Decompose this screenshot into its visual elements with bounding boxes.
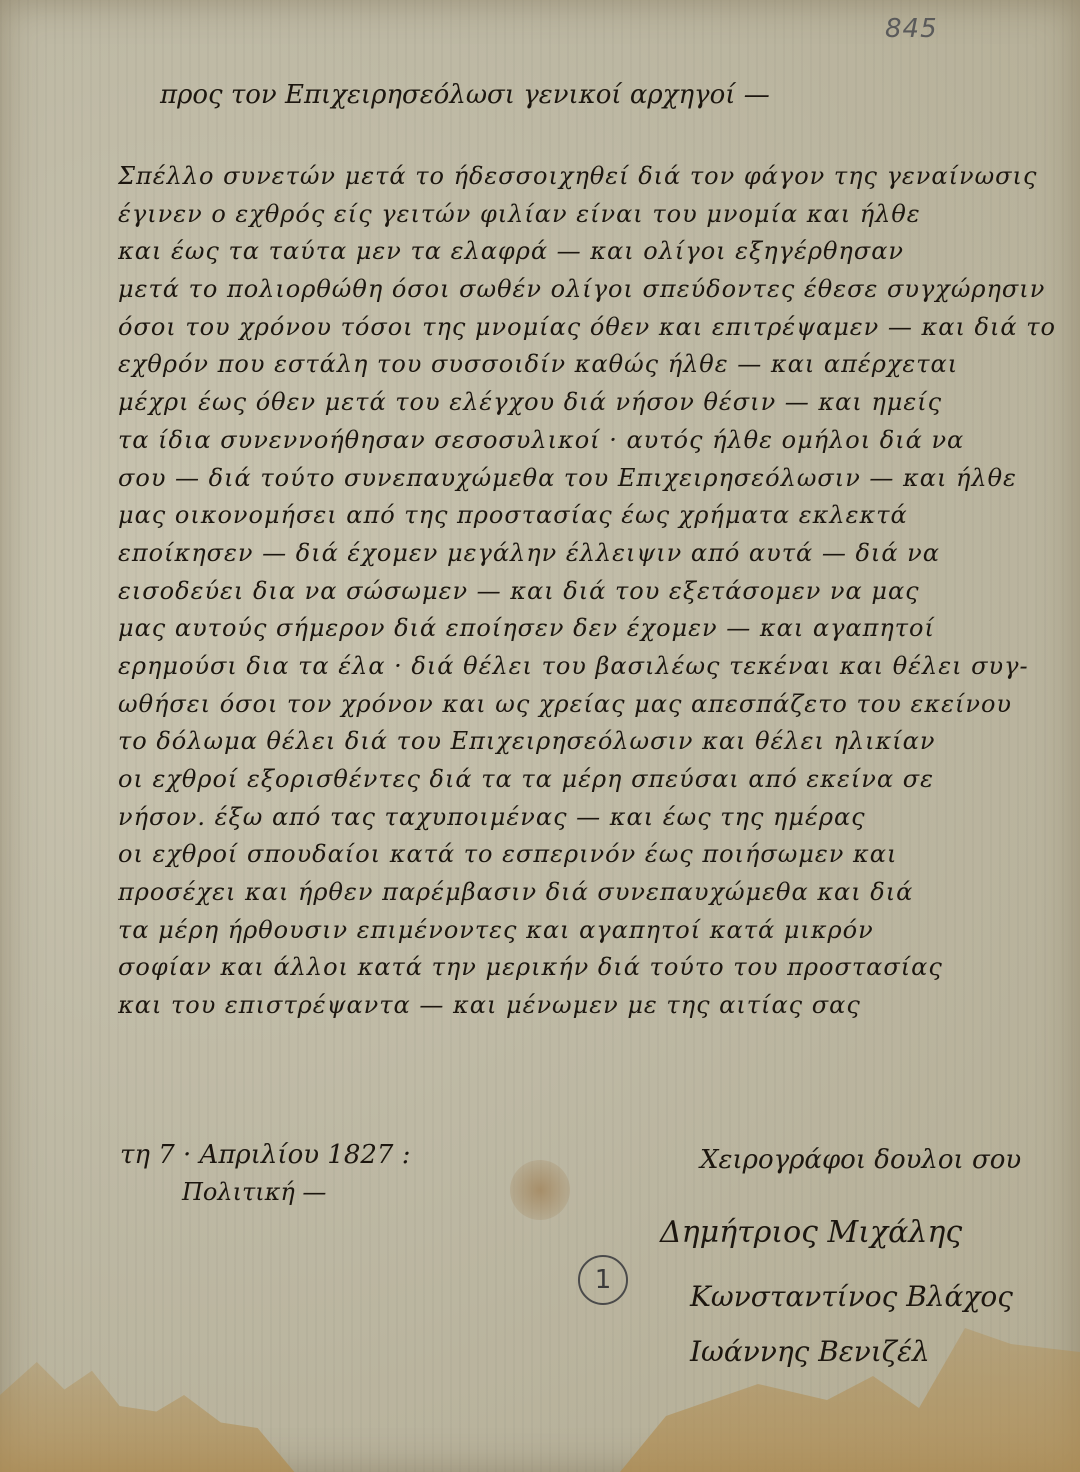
letter-body: Σπέλλο συνετών μετά το ήδεσσοιχηθεί διά … [118,158,1078,1025]
body-line: τα μέρη ήρθουσιν επιμένοντες και αγαπητο… [118,912,1078,950]
body-line: σοφίαν και άλλοι κατά την μερικήν διά το… [118,949,1078,987]
body-line: εχθρόν που εστάλη του συσσοιδίν καθώς ήλ… [118,346,1078,384]
body-line: μέχρι έως όθεν μετά του ελέγχου διά νήσο… [118,384,1078,422]
manuscript-page: 845 προς τον Επιχειρησεόλωσι γενικοί αρχ… [0,0,1080,1472]
body-line: το δόλωμα θέλει διά του Επιχειρησεόλωσιν… [118,723,1078,761]
signature-1: Δημήτριος Μιχάλης [660,1215,962,1250]
body-line: όσοι του χρόνου τόσοι της μνομίας όθεν κ… [118,309,1078,347]
body-line: μετά το πολιορθώθη όσοι σωθέν ολίγοι σπε… [118,271,1078,309]
body-line: νήσον. έξω από τας ταχυποιμένας — και έω… [118,799,1078,837]
letter-date: τη 7 · Απριλίου 1827 : [120,1140,411,1170]
body-line: Σπέλλο συνετών μετά το ήδεσσοιχηθεί διά … [118,158,1078,196]
letter-place: Πολιτική — [182,1178,326,1206]
body-line: οι εχθροί σπουδαίοι κατά το εσπερινόν έω… [118,836,1078,874]
signature-3: Ιωάννης Βενιζέλ [690,1335,930,1368]
letter-heading: προς τον Επιχειρησεόλωσι γενικοί αρχηγοί… [160,80,770,110]
body-line: μας οικονομήσει από της προστασίας έως χ… [118,497,1078,535]
signature-2: Κωνσταντίνος Βλάχος [690,1280,1013,1313]
stain-spot [510,1160,570,1220]
body-line: σου — διά τούτο συνεπαυχώμεθα του Επιχει… [118,460,1078,498]
body-line: προσέχει και ήρθεν παρέμβασιν διά συνεπα… [118,874,1078,912]
body-line: και του επιστρέψαντα — και μένωμεν με τη… [118,987,1078,1025]
body-line: εισοδεύει δια να σώσωμεν — και διά του ε… [118,573,1078,611]
body-line: έγινεν ο εχθρός είς γειτών φιλίαν είναι … [118,196,1078,234]
circled-folio-mark: 1 [578,1255,628,1305]
water-stain-left [0,1362,460,1472]
body-line: ερημούσι δια τα έλα · διά θέλει του βασι… [118,648,1078,686]
body-line: ωθήσει όσοι τον χρόνον και ως χρείας μας… [118,686,1078,724]
body-line: μας αυτούς σήμερον διά εποίησεν δεν έχομ… [118,610,1078,648]
archive-page-number: 845 [885,14,938,44]
body-line: τα ίδια συνεννοήθησαν σεσοσυλικοί · αυτό… [118,422,1078,460]
letter-closing: Χειρογράφοι δουλοι σου [700,1145,1021,1175]
body-line: οι εχθροί εξορισθέντες διά τα τα μέρη σπ… [118,761,1078,799]
body-line: εποίκησεν — διά έχομεν μεγάλην έλλειψιν … [118,535,1078,573]
body-line: και έως τα ταύτα μεν τα ελαφρά — και ολί… [118,233,1078,271]
